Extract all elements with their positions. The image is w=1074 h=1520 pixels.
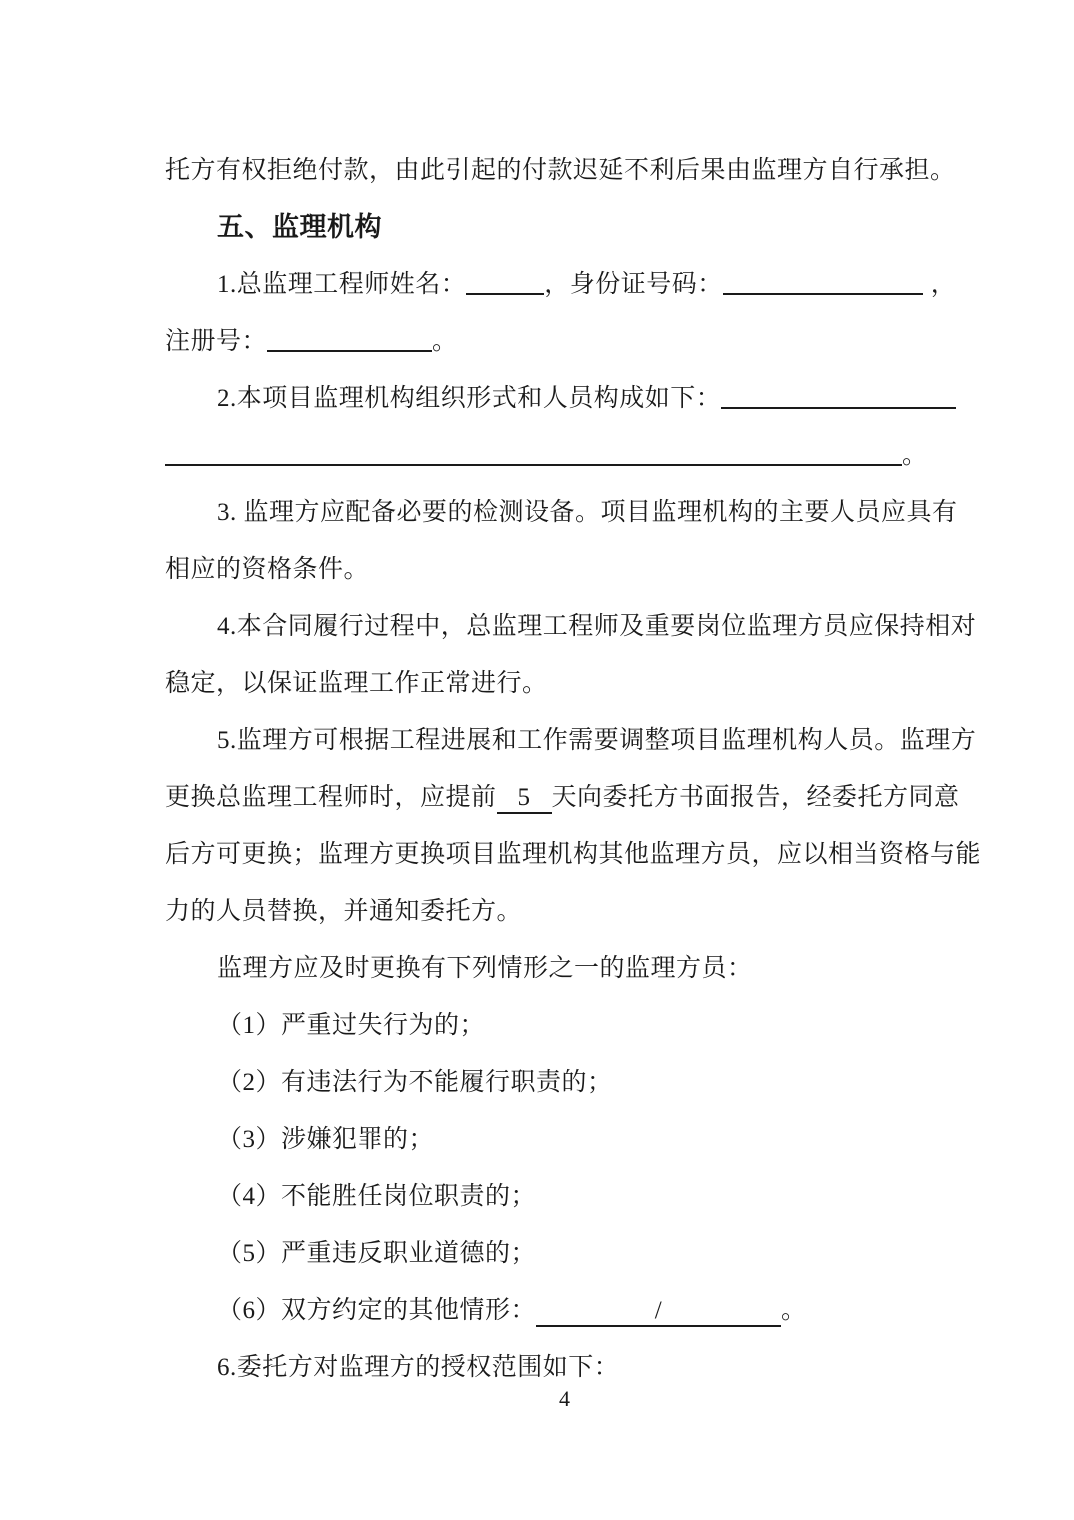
- blank-organization-line-2[interactable]: [165, 461, 902, 466]
- clause-4-line-1: 4.本合同履行过程中，总监理工程师及重要岗位监理方员应保持相对: [165, 598, 964, 655]
- blank-registration-number[interactable]: [267, 347, 432, 352]
- clause-3-line-2: 相应的资格条件。: [165, 541, 964, 598]
- clause-2-line-2: 。: [165, 427, 964, 484]
- clause-1-id-label: ，身份证号码：: [544, 271, 723, 298]
- condition-3: （3）涉嫌犯罪的；: [165, 1111, 964, 1168]
- condition-6-period: 。: [781, 1297, 807, 1324]
- clause-1-line-1: 1.总监理工程师姓名：，身份证号码：，: [165, 256, 964, 313]
- clause-1-name-label: 1.总监理工程师姓名：: [217, 271, 466, 298]
- paragraph-continuation: 托方有权拒绝付款，由此引起的付款迟延不利后果由监理方自行承担。: [165, 142, 964, 199]
- condition-4: （4）不能胜任岗位职责的；: [165, 1168, 964, 1225]
- clause-1-trailing-comma: ，: [931, 271, 957, 298]
- blank-other-conditions[interactable]: /: [536, 1297, 781, 1327]
- clause-5-line-3: 后方可更换；监理方更换项目监理机构其他监理方员，应以相当资格与能: [165, 826, 964, 883]
- registration-label: 注册号：: [165, 328, 267, 355]
- clause-5-notice-label: 更换总监理工程师时，应提前: [165, 784, 497, 811]
- clause-5-line-2: 更换总监理工程师时，应提前5天向委托方书面报告，经委托方同意: [165, 769, 964, 826]
- clause-5-notice-rest: 天向委托方书面报告，经委托方同意: [552, 784, 960, 811]
- condition-5: （5）严重违反职业道德的；: [165, 1225, 964, 1282]
- clause-5-line-1: 5.监理方可根据工程进展和工作需要调整项目监理机构人员。监理方: [165, 712, 964, 769]
- section-heading: 五、监理机构: [165, 199, 964, 256]
- clause-1-period: 。: [432, 328, 458, 355]
- clause-1-line-2: 注册号：。: [165, 313, 964, 370]
- clause-2-line-1: 2.本项目监理机构组织形式和人员构成如下：: [165, 370, 964, 427]
- condition-6-label: （6）双方约定的其他情形：: [217, 1297, 536, 1324]
- clause-3-line-1: 3. 监理方应配备必要的检测设备。项目监理机构的主要人员应具有: [165, 484, 964, 541]
- clause-2-period: 。: [902, 442, 928, 469]
- clause-4-line-2: 稳定，以保证监理工作正常进行。: [165, 655, 964, 712]
- blank-organization-line-1[interactable]: [721, 404, 956, 409]
- condition-2: （2）有违法行为不能履行职责的；: [165, 1054, 964, 1111]
- document-page: 托方有权拒绝付款，由此引起的付款迟延不利后果由监理方自行承担。 五、监理机构 1…: [0, 0, 1074, 1520]
- clause-5-line-4: 力的人员替换，并通知委托方。: [165, 883, 964, 940]
- condition-1: （1）严重过失行为的；: [165, 997, 964, 1054]
- blank-engineer-name[interactable]: [466, 290, 544, 295]
- condition-6: （6）双方约定的其他情形：/。: [165, 1282, 964, 1339]
- blank-notice-days[interactable]: 5: [497, 784, 552, 814]
- blank-id-number[interactable]: [723, 290, 923, 295]
- clause-2-label: 2.本项目监理机构组织形式和人员构成如下：: [217, 385, 721, 412]
- contract-body: 托方有权拒绝付款，由此引起的付款迟延不利后果由监理方自行承担。 五、监理机构 1…: [0, 0, 1074, 1414]
- clause-5-sub-intro: 监理方应及时更换有下列情形之一的监理方员：: [165, 940, 964, 997]
